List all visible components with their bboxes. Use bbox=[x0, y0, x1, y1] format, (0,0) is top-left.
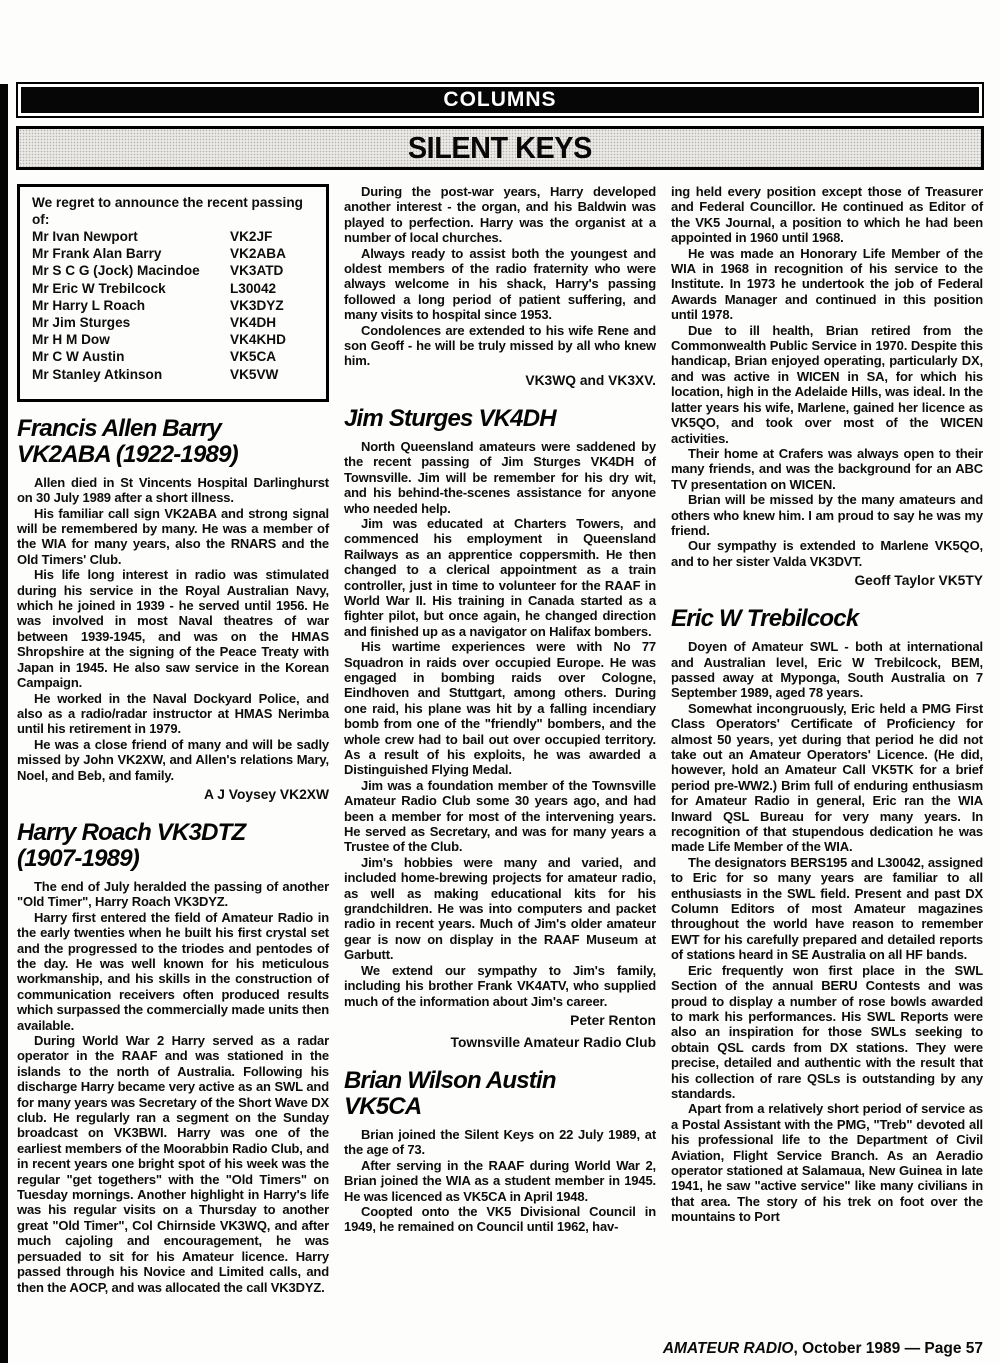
body-paragraph: After serving in the RAAF during World W… bbox=[344, 1158, 656, 1204]
deceased-name: Mr Stanley Atkinson bbox=[32, 366, 230, 383]
body-paragraph: During World War 2 Harry served as a rad… bbox=[17, 1033, 329, 1295]
footer-issue-page: , October 1989 — Page 57 bbox=[793, 1340, 983, 1357]
body-paragraph: Brian will be missed by the many amateur… bbox=[671, 492, 983, 538]
body-paragraph: He was a close friend of many and will b… bbox=[17, 737, 329, 783]
page-title: SILENT KEYS bbox=[408, 130, 592, 166]
body-paragraph: He was made an Honorary Life Member of t… bbox=[671, 246, 983, 323]
body-paragraph: The designators BERS195 and L30042, assi… bbox=[671, 855, 983, 963]
columns-section-label: COLUMNS bbox=[21, 87, 979, 113]
body-paragraph: Coopted onto the VK5 Divisional Council … bbox=[344, 1204, 656, 1235]
body-paragraph: Jim's hobbies were many and varied, and … bbox=[344, 855, 656, 963]
deceased-name: Mr Ivan Newport bbox=[32, 228, 230, 245]
body-paragraph: Brian joined the Silent Keys on 22 July … bbox=[344, 1127, 656, 1158]
deceased-callsign: VK4DH bbox=[230, 314, 316, 331]
deceased-callsign: VK5CA bbox=[230, 348, 316, 365]
obituary-heading: Francis Allen BarryVK2ABA (1922-1989) bbox=[17, 416, 329, 468]
body-paragraph: Somewhat incongruously, Eric held a PMG … bbox=[671, 701, 983, 855]
body-paragraph: His life long interest in radio was stim… bbox=[17, 567, 329, 690]
passing-list-row: Mr Ivan Newport VK2JF bbox=[32, 228, 316, 245]
deceased-name: Mr Jim Sturges bbox=[32, 314, 230, 331]
deceased-callsign: VK5VW bbox=[230, 366, 316, 383]
deceased-name: Mr Eric W Trebilcock bbox=[32, 280, 230, 297]
column-2: During the post-war years, Harry develop… bbox=[344, 184, 656, 1295]
signature-line: A J Voysey VK2XW bbox=[17, 786, 329, 803]
body-paragraph: ing held every position except those of … bbox=[671, 184, 983, 246]
passing-list-row: Mr Eric W Trebilcock L30042 bbox=[32, 280, 316, 297]
deceased-name: Mr C W Austin bbox=[32, 348, 230, 365]
body-paragraph: Their home at Crafers was always open to… bbox=[671, 446, 983, 492]
passing-list-row: Mr S C G (Jock) Macindoe VK3ATD bbox=[32, 262, 316, 279]
body-paragraph: Our sympathy is extended to Marlene VK5Q… bbox=[671, 538, 983, 569]
body-paragraph: He worked in the Naval Dockyard Police, … bbox=[17, 691, 329, 737]
body-paragraph: Allen died in St Vincents Hospital Darli… bbox=[17, 475, 329, 506]
deceased-callsign: VK2ABA bbox=[230, 245, 316, 262]
magazine-page: COLUMNS SILENT KEYS We regret to announc… bbox=[0, 0, 1000, 1363]
deceased-name: Mr H M Dow bbox=[32, 331, 230, 348]
obituary-heading: Eric W Trebilcock bbox=[671, 606, 983, 632]
body-paragraph: Due to ill health, Brian retired from th… bbox=[671, 323, 983, 446]
body-paragraph: Doyen of Amateur SWL - both at internati… bbox=[671, 639, 983, 701]
passing-list-row: Mr Harry L Roach VK3DYZ bbox=[32, 297, 316, 314]
passing-list-row: Mr Stanley Atkinson VK5VW bbox=[32, 366, 316, 383]
scan-edge-artifact bbox=[0, 84, 8, 1363]
obituary-heading: Jim Sturges VK4DH bbox=[344, 406, 656, 432]
body-paragraph: Condolences are extended to his wife Ren… bbox=[344, 323, 656, 369]
deceased-callsign: VK3DYZ bbox=[230, 297, 316, 314]
body-paragraph: His wartime experiences were with No 77 … bbox=[344, 639, 656, 778]
body-paragraph: North Queensland amateurs were saddened … bbox=[344, 439, 656, 516]
deceased-name: Mr Harry L Roach bbox=[32, 297, 230, 314]
deceased-callsign: L30042 bbox=[230, 280, 316, 297]
article-columns: We regret to announce the recent passing… bbox=[17, 184, 984, 1295]
body-paragraph: Harry first entered the field of Amateur… bbox=[17, 910, 329, 1033]
deceased-callsign: VK4KHD bbox=[230, 331, 316, 348]
passing-list-row: Mr Jim Sturges VK4DH bbox=[32, 314, 316, 331]
body-paragraph: We extend our sympathy to Jim's family, … bbox=[344, 963, 656, 1009]
body-paragraph: Eric frequently won first place in the S… bbox=[671, 963, 983, 1102]
passing-list: Mr Ivan Newport VK2JF Mr Frank Alan Barr… bbox=[32, 228, 316, 383]
passing-list-row: Mr H M Dow VK4KHD bbox=[32, 331, 316, 348]
passing-list-row: Mr Frank Alan Barry VK2ABA bbox=[32, 245, 316, 262]
body-paragraph: During the post-war years, Harry develop… bbox=[344, 184, 656, 246]
signature-line: Townsville Amateur Radio Club bbox=[344, 1034, 656, 1051]
deceased-callsign: VK2JF bbox=[230, 228, 316, 245]
column-3: ing held every position except those of … bbox=[671, 184, 983, 1295]
body-paragraph: Jim was a foundation member of the Towns… bbox=[344, 778, 656, 855]
body-paragraph: Always ready to assist both the youngest… bbox=[344, 246, 656, 323]
passing-list-row: Mr C W Austin VK5CA bbox=[32, 348, 316, 365]
obituary-heading: Harry Roach VK3DTZ(1907-1989) bbox=[17, 820, 329, 872]
silent-keys-title-bar: SILENT KEYS bbox=[16, 126, 984, 170]
signature-line: Peter Renton bbox=[344, 1012, 656, 1029]
obituary-heading: Brian Wilson AustinVK5CA bbox=[344, 1068, 656, 1120]
page-footer: AMATEUR RADIO, October 1989 — Page 57 bbox=[663, 1340, 983, 1358]
body-paragraph: His familiar call sign VK2ABA and strong… bbox=[17, 506, 329, 568]
signature-line: Geoff Taylor VK5TY bbox=[671, 572, 983, 589]
signature-line: VK3WQ and VK3XV. bbox=[344, 372, 656, 389]
deceased-name: Mr Frank Alan Barry bbox=[32, 245, 230, 262]
announcement-box: We regret to announce the recent passing… bbox=[17, 184, 329, 402]
body-paragraph: Apart from a relatively short period of … bbox=[671, 1101, 983, 1224]
body-paragraph: Jim was educated at Charters Towers, and… bbox=[344, 516, 656, 639]
deceased-name: Mr S C G (Jock) Macindoe bbox=[32, 262, 230, 279]
deceased-callsign: VK3ATD bbox=[230, 262, 316, 279]
magazine-name: AMATEUR RADIO bbox=[663, 1340, 794, 1357]
announcement-intro: We regret to announce the recent passing… bbox=[32, 194, 316, 228]
columns-section-bar: COLUMNS bbox=[16, 82, 984, 118]
body-paragraph: The end of July heralded the passing of … bbox=[17, 879, 329, 910]
column-1: We regret to announce the recent passing… bbox=[17, 184, 329, 1295]
